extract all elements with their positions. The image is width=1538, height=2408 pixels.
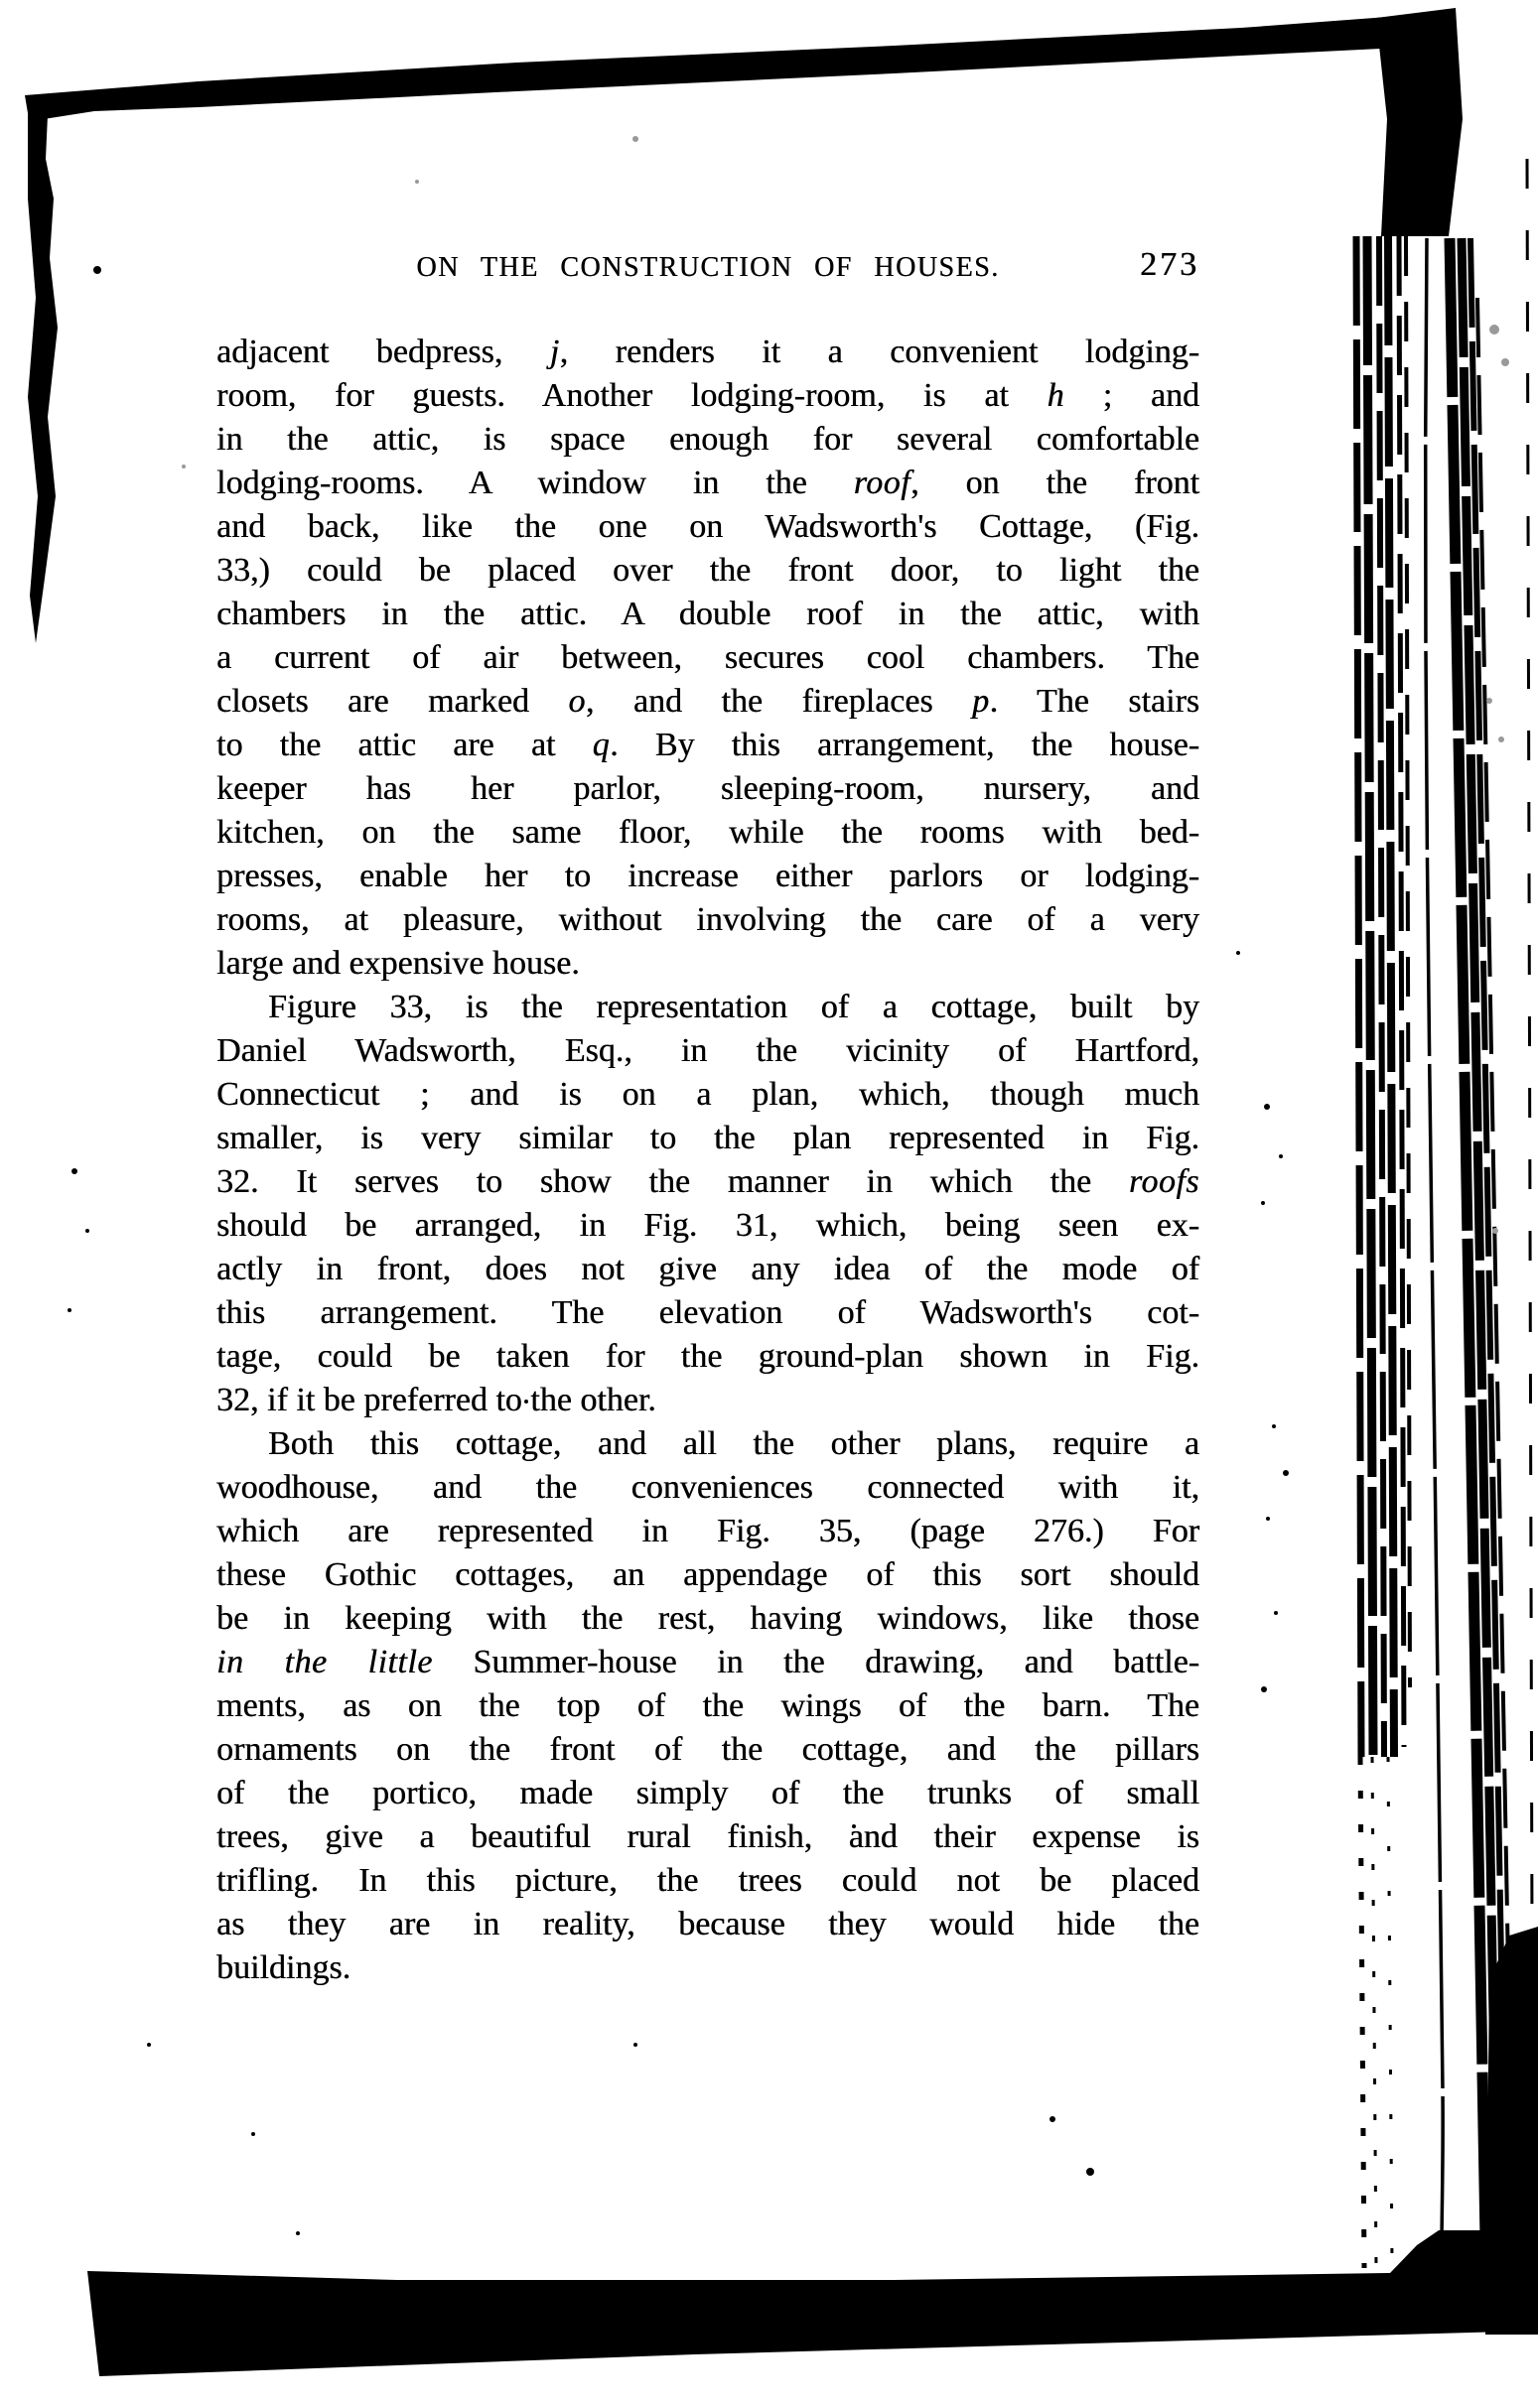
text-line: lodging-rooms. A window in the roof, on … — [216, 462, 1199, 505]
text-line: actly in front, does not give any idea o… — [216, 1248, 1199, 1291]
text-line: 33,) could be placed over the front door… — [216, 549, 1199, 593]
text-line: closets are marked o, and the fireplaces… — [216, 680, 1199, 724]
text-line: woodhouse, and the conveniences connecte… — [216, 1466, 1199, 1510]
text-line: ornaments on the front of the cottage, a… — [216, 1728, 1199, 1772]
page-header: ON THE CONSTRUCTION OF HOUSES. 273 — [216, 252, 1199, 294]
page-number: 273 — [1140, 246, 1199, 284]
text-line: ments, as on the top of the wings of the… — [216, 1684, 1199, 1728]
text-line: Daniel Wadsworth, Esq., in the vicinity … — [216, 1029, 1199, 1073]
scan-artifact-fore-edge-b — [1450, 159, 1532, 2239]
text-line: to the attic are at q. By this arrangeme… — [216, 724, 1199, 767]
text-line: trees, give a beautiful rural finish, an… — [216, 1815, 1199, 1859]
text-line: adjacent bedpress, j, renders it a conve… — [216, 331, 1199, 374]
text-line: in the attic, is space enough for severa… — [216, 418, 1199, 462]
text-line: keeper has her parlor, sleeping-room, nu… — [216, 767, 1199, 811]
text-line: 32. It serves to show the manner in whic… — [216, 1160, 1199, 1204]
text-line: Connecticut ; and is on a plan, which, t… — [216, 1073, 1199, 1117]
scan-artifact-bottom-band — [87, 2230, 1538, 2376]
text-line: of the portico, made simply of the trunk… — [216, 1772, 1199, 1815]
text-line: these Gothic cottages, an appendage of t… — [216, 1553, 1199, 1597]
text-line: should be arranged, in Fig. 31, which, b… — [216, 1204, 1199, 1248]
text-line: large and expensive house. — [216, 942, 1199, 986]
text-line: kitchen, on the same floor, while the ro… — [216, 811, 1199, 855]
body-text: adjacent bedpress, j, renders it a conve… — [216, 331, 1199, 1990]
scan-artifact-left-corner — [28, 103, 58, 643]
text-line: as they are in reality, because they wou… — [216, 1903, 1199, 1946]
text-line: Figure 33, is the representation of a co… — [216, 986, 1199, 1029]
scan-artifact-top-right-corner — [1376, 8, 1463, 236]
text-line: be in keeping with the rest, having wind… — [216, 1597, 1199, 1641]
text-line: tage, could be taken for the ground-plan… — [216, 1335, 1199, 1379]
text-line: this arrangement. The elevation of Wadsw… — [216, 1291, 1199, 1335]
text-line: a current of air between, secures cool c… — [216, 636, 1199, 680]
text-line: Both this cottage, and all the other pla… — [216, 1422, 1199, 1466]
scanned-book-page: ON THE CONSTRUCTION OF HOUSES. 273 adjac… — [0, 0, 1538, 2408]
text-line: chambers in the attic. A double roof in … — [216, 593, 1199, 636]
text-line: in the little Summer-house in the drawin… — [216, 1641, 1199, 1684]
scan-artifact-fore-edge-a — [1356, 236, 1410, 2268]
scan-artifact-top-edge — [25, 13, 1456, 125]
text-line: presses, enable her to increase either p… — [216, 855, 1199, 898]
scan-artifact-wavy-line — [1426, 238, 1444, 2238]
text-line: trifling. In this picture, the trees cou… — [216, 1859, 1199, 1903]
text-line: and back, like the one on Wadsworth's Co… — [216, 505, 1199, 549]
text-line: room, for guests. Another lodging-room, … — [216, 374, 1199, 418]
text-line: buildings. — [216, 1946, 1199, 1990]
text-line: smaller, is very similar to the plan rep… — [216, 1117, 1199, 1160]
text-line: 32, if it be preferred to the other. — [216, 1379, 1199, 1422]
running-title: ON THE CONSTRUCTION OF HOUSES. — [216, 252, 1199, 284]
text-line: which are represented in Fig. 35, (page … — [216, 1510, 1199, 1553]
text-line: rooms, at pleasure, without involving th… — [216, 898, 1199, 942]
